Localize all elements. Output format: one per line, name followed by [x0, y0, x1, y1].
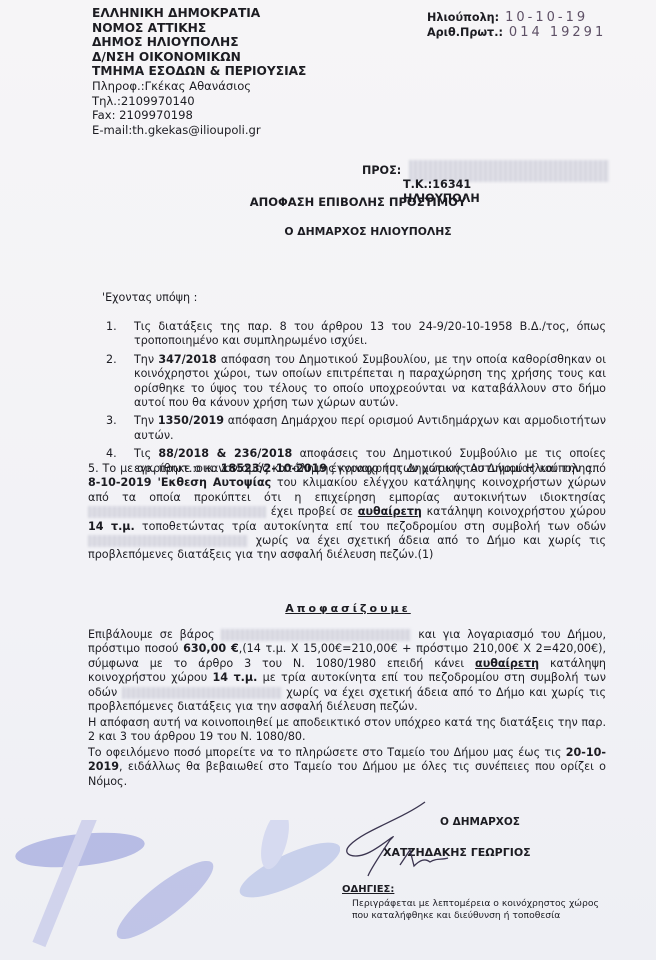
place-label: Ηλιούπολη:	[427, 11, 499, 24]
document-meta: Ηλιούπολη:10-10-19 Αριθ.Πρωτ.:014 19291	[427, 10, 606, 40]
document-page: ΕΛΛΗΝΙΚΗ ΔΗΜΟΚΡΑΤΙΑ ΝΟΜΟΣ ΑΤΤΙΚΗΣ ΔΗΜΟΣ …	[0, 0, 656, 960]
item-5-paragraph: 5. Το με αρ. πρωτ.:οικ. 18523/2-10-2019 …	[88, 462, 606, 563]
contact-email: E-mail:th.gkekas@ilioupoli.gr	[92, 123, 306, 138]
payment-paragraph: Το οφειλόμενο ποσό μπορείτε να το πληρώσ…	[88, 746, 606, 789]
decision-paragraph: Επιβάλουμε σε βάρος και για λογαριασμό τ…	[88, 628, 606, 714]
notification-paragraph: Η απόφαση αυτή να κοινοποιηθεί με αποδει…	[88, 716, 606, 745]
postal-code: Τ.Κ.:16341	[403, 178, 480, 192]
header-line: Δ/ΝΣΗ ΟΙΚΟΝΟΜΙΚΩΝ	[92, 50, 306, 65]
document-title: ΑΠΟΦΑΣΗ ΕΠΙΒΟΛΗΣ ΠΡΟΣΤΙΜΟΥ	[0, 195, 656, 209]
contact-info: Πληροφ.:Γκέκας Αθανάσιος	[92, 79, 306, 94]
redacted-streets	[88, 535, 248, 547]
header-line: ΕΛΛΗΝΙΚΗ ΔΗΜΟΚΡΑΤΙΑ	[92, 6, 306, 21]
document-subtitle: Ο ΔΗΜΑΡΧΟΣ ΗΛΙΟΥΠΟΛΗΣ	[0, 225, 656, 238]
redacted-offender	[221, 629, 411, 641]
signatory-role: Ο ΔΗΜΑΡΧΟΣ	[440, 816, 520, 828]
considerations-list: 1.Τις διατάξεις της παρ. 8 του άρθρου 13…	[106, 320, 606, 480]
date-handwritten: 10-10-19	[505, 10, 588, 25]
notes-heading: ΟΔΗΓΙΕΣ:	[342, 884, 394, 895]
protocol-handwritten: 014 19291	[509, 25, 606, 40]
notes-text: Περιγράφεται με λεπτομέρεια ο κοινόχρηστ…	[352, 898, 599, 922]
recipient-label: ΠΡΟΣ:	[362, 164, 401, 177]
header-line: ΝΟΜΟΣ ΑΤΤΙΚΗΣ	[92, 21, 306, 36]
redacted-streets	[122, 687, 282, 699]
header-line: ΔΗΜΟΣ ΗΛΙΟΥΠΟΛΗΣ	[92, 35, 306, 50]
protocol-label: Αριθ.Πρωτ.:	[427, 26, 503, 39]
contact-fax: Fax: 2109970198	[92, 108, 306, 123]
contact-phone: Τηλ.:2109970140	[92, 94, 306, 109]
intro-text: 'Εχοντας υπόψη :	[102, 291, 197, 305]
list-item: 2.Την 347/2018 απόφαση του Δημοτικού Συμ…	[106, 353, 606, 411]
handwritten-signature	[330, 800, 450, 880]
blue-stamp-marks	[0, 820, 340, 960]
list-item: 3.Την 1350/2019 απόφαση Δημάρχου περί ορ…	[106, 414, 606, 443]
header-line: ΤΜΗΜΑ ΕΣΟΔΩΝ & ΠΕΡΙΟΥΣΙΑΣ	[92, 64, 306, 79]
redacted-owner	[88, 506, 266, 518]
recipient-line: ΠΡΟΣ:	[362, 160, 609, 182]
issuer-header: ΕΛΛΗΝΙΚΗ ΔΗΜΟΚΡΑΤΙΑ ΝΟΜΟΣ ΑΤΤΙΚΗΣ ΔΗΜΟΣ …	[92, 6, 306, 137]
decision-heading: Αποφασίζουμε	[0, 602, 656, 615]
list-item: 1.Τις διατάξεις της παρ. 8 του άρθρου 13…	[106, 320, 606, 349]
